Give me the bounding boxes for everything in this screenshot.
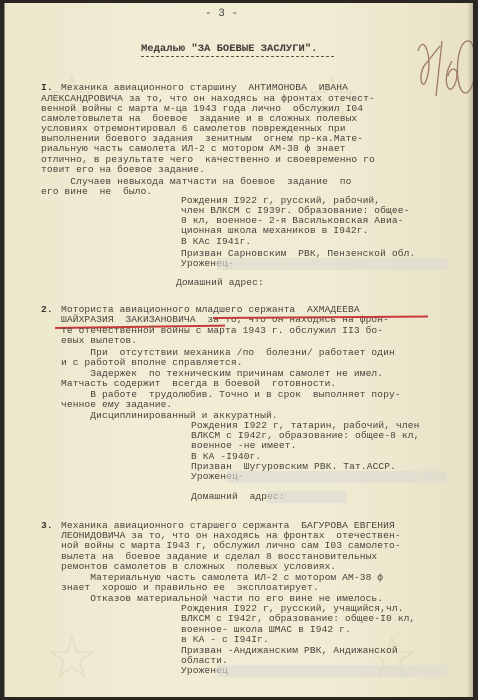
entry-2-bio: военное -не имеет. <box>191 441 296 451</box>
document-title: Медалью "ЗА БОЕВЫЕ ЗАСЛУГИ". <box>141 43 317 55</box>
entry-3-line: ной войны с марта I943 г, обслужил лично… <box>61 541 401 551</box>
entry-1-bio: В КАс I941г. <box>181 237 251 247</box>
entry-1-line: товит его на боевое задание. <box>41 165 205 175</box>
watermark-star-icon: ☆ <box>365 623 419 693</box>
handwritten-pencil-note <box>410 21 473 101</box>
entry-3-number: 3. <box>41 521 53 531</box>
entry-2-line: ченное ему задание. <box>61 400 172 410</box>
entry-3-bio: ВЛКСМ с I942г, образование: общее-I0 кл, <box>181 614 415 624</box>
title-underline <box>141 56 334 57</box>
entry-2-number: 2. <box>41 305 53 315</box>
entry-2-line: и с работой вполне справляется. <box>61 358 243 368</box>
entry-2-line: Матчасть содержит всегда в боевой готовн… <box>61 379 336 389</box>
entry-3-bio: в КА - с I94Iг. <box>181 635 269 645</box>
entry-1-line: риальную часть самолета ИЛ-2 с мотором А… <box>41 144 346 154</box>
redacted-strip <box>217 665 447 677</box>
entry-1-address-label: Домашний адрес: <box>176 278 264 288</box>
entry-1-line: его вине не было. <box>41 187 152 197</box>
entry-1-bio: ционная школа механиков в I942г. <box>181 226 368 236</box>
entry-3-line: знает хорошо и правильно ее эксплоатируе… <box>61 583 319 593</box>
entry-2-line: евых вылетов. <box>61 336 137 346</box>
redacted-strip <box>217 258 447 270</box>
entry-1-line: Механика авиационного старшину АНТИМОНОВ… <box>61 83 348 93</box>
page-number: - 3 - <box>205 8 238 20</box>
redacted-strip <box>227 471 447 483</box>
redacted-strip <box>267 491 347 503</box>
entry-1-number: I. <box>41 83 53 93</box>
watermark-star-icon: ☆ <box>45 623 99 693</box>
document-page: ☆ ☆ ☆ ☆ - 3 - Медалью "ЗА БОЕВЫЕ ЗАСЛУГИ… <box>4 3 473 697</box>
entry-3-line: ремонтов самолетов в сложных полевых усл… <box>61 562 336 572</box>
